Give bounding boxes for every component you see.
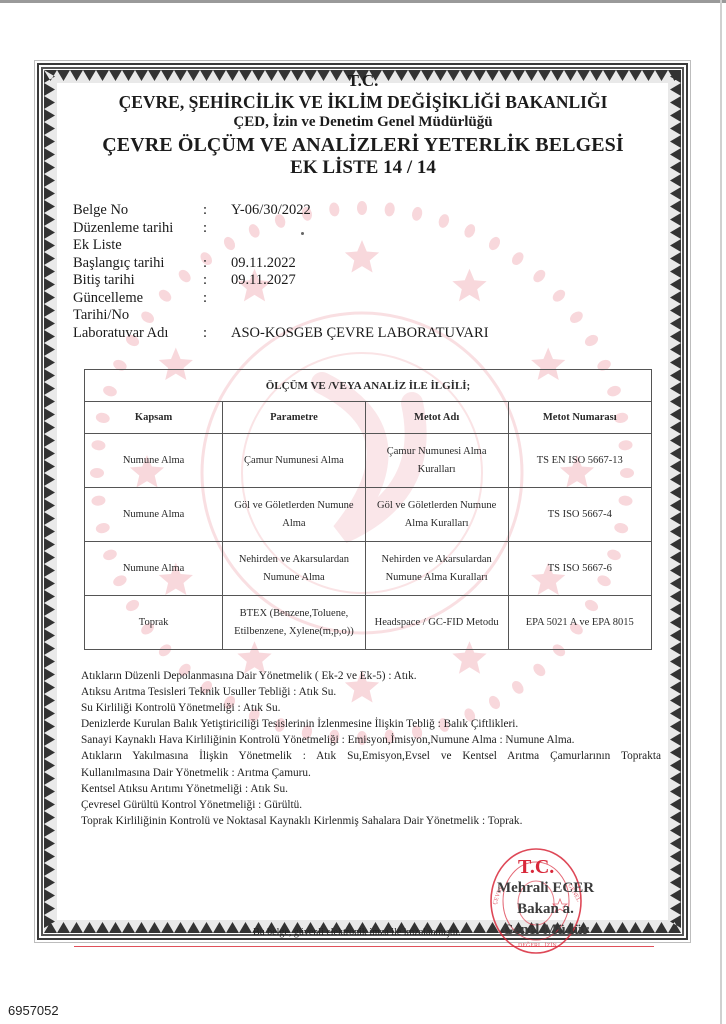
regulation-item: Toprak Kirliliğinin Kontrolü ve Noktasal… bbox=[81, 813, 661, 829]
info-row: Güncelleme: bbox=[73, 290, 489, 308]
regulation-item: Kentsel Atıksu Arıtımı Yönetmeliği : Atı… bbox=[81, 781, 661, 797]
info-separator: : bbox=[203, 202, 231, 220]
column-header: Kapsam bbox=[85, 402, 223, 434]
table-cell: BTEX (Benzene,Toluene, Etilbenzene, Xyle… bbox=[223, 596, 366, 650]
regulation-item: Atıksu Arıtma Tesisleri Teknik Usuller T… bbox=[81, 684, 661, 700]
table-row: Numune AlmaGöl ve Göletlerden Numune Alm… bbox=[85, 488, 652, 542]
regulation-item: Denizlerde Kurulan Balık Yetiştiriciliği… bbox=[81, 716, 661, 732]
regulation-item: Çevresel Gürültü Kontrol Yönetmeliği : G… bbox=[81, 797, 661, 813]
svg-text:DEĞERL. İZİN: DEĞERL. İZİN bbox=[518, 941, 557, 949]
table-row: Numune AlmaNehirden ve Akarsulardan Numu… bbox=[85, 542, 652, 596]
info-label: Laboratuvar Adı bbox=[73, 325, 203, 343]
document-id: 6957052 bbox=[8, 1003, 59, 1018]
info-label: Başlangıç tarihi bbox=[73, 255, 203, 273]
header-directorate: ÇED, İzin ve Denetim Genel Müdürlüğü bbox=[0, 114, 726, 131]
table-cell: Çamur Numunesi Alma Kuralları bbox=[365, 434, 508, 488]
annex-list-title: EK LİSTE 14 / 14 bbox=[0, 157, 726, 179]
table-cell: EPA 5021 A ve EPA 8015 bbox=[508, 596, 651, 650]
info-value: 09.11.2027 bbox=[231, 272, 296, 290]
header-ministry: ÇEVRE, ŞEHİRCİLİK VE İKLİM DEĞİŞİKLİĞİ B… bbox=[0, 92, 726, 113]
table-cell: Nehirden ve Akarsulardan Numune Alma Kur… bbox=[365, 542, 508, 596]
info-row: Tarihi/No bbox=[73, 307, 489, 325]
table-cell: Nehirden ve Akarsulardan Numune Alma bbox=[223, 542, 366, 596]
info-separator: : bbox=[203, 220, 231, 238]
table-cell: Göl ve Göletlerden Numune Alma bbox=[223, 488, 366, 542]
column-header: Parametre bbox=[223, 402, 366, 434]
info-row: Bitiş tarihi:09.11.2027 bbox=[73, 272, 489, 290]
info-separator bbox=[203, 307, 231, 325]
info-row: Belge No:Y-06/30/2022 bbox=[73, 202, 489, 220]
info-label: Bitiş tarihi bbox=[73, 272, 203, 290]
info-separator: : bbox=[203, 290, 231, 308]
page-top-edge bbox=[0, 0, 726, 3]
regulation-item: Atıkların Düzenli Depolanmasına Dair Yön… bbox=[81, 668, 661, 684]
signature-block: Mehrali ECER Bakan a. Genel Müdür bbox=[478, 878, 613, 941]
info-label: Belge No bbox=[73, 202, 203, 220]
regulations-list: Atıkların Düzenli Depolanmasına Dair Yön… bbox=[81, 668, 661, 829]
info-row: Ek Liste bbox=[73, 237, 489, 255]
column-header: Metot Numarası bbox=[508, 402, 651, 434]
stamp-tc-text: T.C. bbox=[518, 856, 554, 878]
table-row: Numune AlmaÇamur Numunesi AlmaÇamur Numu… bbox=[85, 434, 652, 488]
info-label: Düzenleme tarihi bbox=[73, 220, 203, 238]
signatory-role: Bakan a. bbox=[478, 899, 613, 920]
certificate-info: Belge No:Y-06/30/2022Düzenleme tarihi:Ek… bbox=[73, 202, 489, 342]
column-header: Metot Adı bbox=[365, 402, 508, 434]
table-cell: Numune Alma bbox=[85, 542, 223, 596]
header-state: T.C. bbox=[0, 71, 726, 91]
signatory-name: Mehrali ECER bbox=[478, 878, 613, 899]
info-value: 09.11.2022 bbox=[231, 255, 296, 273]
info-row: Başlangıç tarihi:09.11.2022 bbox=[73, 255, 489, 273]
table-row: ToprakBTEX (Benzene,Toluene, Etilbenzene… bbox=[85, 596, 652, 650]
info-label: Güncelleme bbox=[73, 290, 203, 308]
table-cell: TS ISO 5667-6 bbox=[508, 542, 651, 596]
table-cell: Çamur Numunesi Alma bbox=[223, 434, 366, 488]
info-separator: : bbox=[203, 272, 231, 290]
info-value: Y-06/30/2022 bbox=[231, 202, 311, 220]
info-separator: : bbox=[203, 325, 231, 343]
regulation-item: Atıkların Yakılmasına İlişkin Yönetmelik… bbox=[81, 748, 661, 764]
table-cell: Numune Alma bbox=[85, 488, 223, 542]
info-label: Ek Liste bbox=[73, 237, 203, 255]
table-cell: Toprak bbox=[85, 596, 223, 650]
info-value: ASO-KOSGEB ÇEVRE LABORATUVARI bbox=[231, 325, 489, 343]
table-cell: Numune Alma bbox=[85, 434, 223, 488]
table-cell: TS ISO 5667-4 bbox=[508, 488, 651, 542]
info-label: Tarihi/No bbox=[73, 307, 203, 325]
regulation-item: Sanayi Kaynaklı Hava Kirliliğinin Kontro… bbox=[81, 732, 661, 748]
signatory-title: Genel Müdür bbox=[478, 920, 613, 941]
info-separator bbox=[203, 237, 231, 255]
regulation-item: Kullanılmasına Dair Yönetmelik : Arıtma … bbox=[81, 765, 661, 781]
table-header-row: KapsamParametreMetot AdıMetot Numarası bbox=[85, 402, 652, 434]
table-caption: ÖLÇÜM VE /VEYA ANALİZ İLE İLGİLİ; bbox=[85, 370, 652, 402]
info-row: Laboratuvar Adı:ASO-KOSGEB ÇEVRE LABORAT… bbox=[73, 325, 489, 343]
info-row: Düzenleme tarihi: bbox=[73, 220, 489, 238]
regulation-item: Su Kirliliği Kontrolü Yönetmeliği : Atık… bbox=[81, 700, 661, 716]
table-cell: Göl ve Göletlerden Numune Alma Kuralları bbox=[365, 488, 508, 542]
e-signature-note: Bu belge, güvenli elektronik imza ile im… bbox=[253, 927, 461, 938]
table-cell: Headspace / GC-FID Metodu bbox=[365, 596, 508, 650]
table-cell: TS EN ISO 5667-13 bbox=[508, 434, 651, 488]
info-separator: : bbox=[203, 255, 231, 273]
certificate-title: ÇEVRE ÖLÇÜM VE ANALİZLERİ YETERLİK BELGE… bbox=[0, 134, 726, 157]
scope-table: ÖLÇÜM VE /VEYA ANALİZ İLE İLGİLİ; Kapsam… bbox=[84, 369, 652, 650]
